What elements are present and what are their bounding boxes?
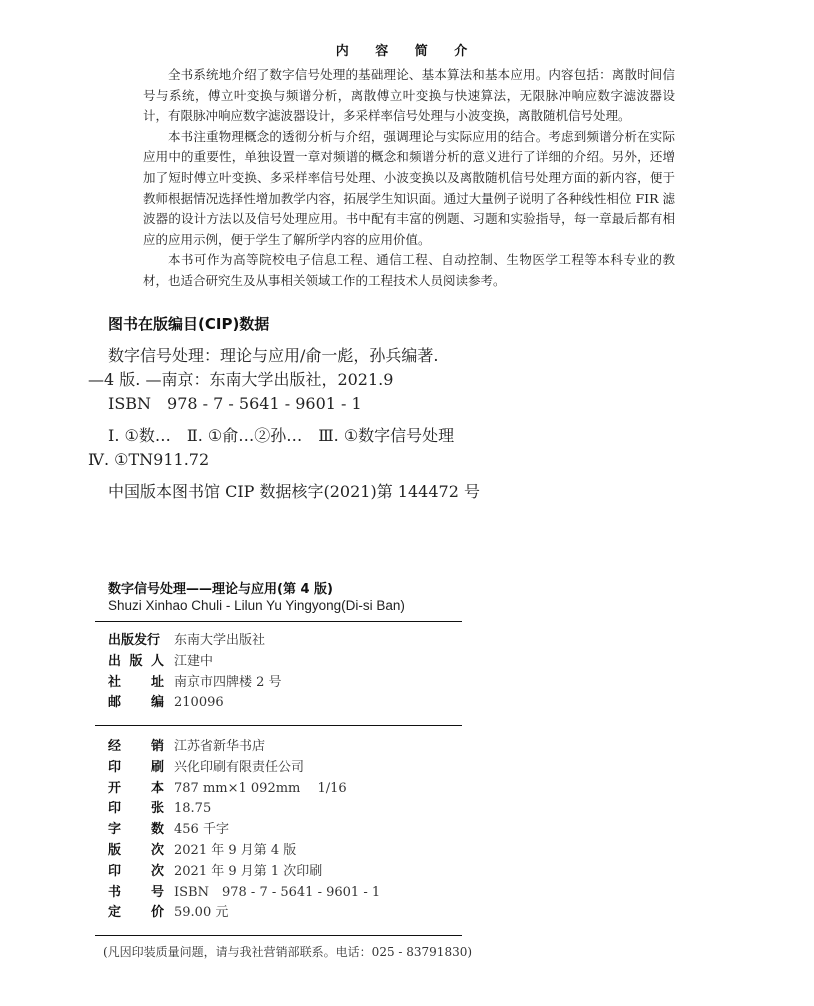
row-value: 兴化印刷有限责任公司 xyxy=(174,758,304,779)
cip-heading: 图书在版编目(CIP)数据 xyxy=(108,313,269,334)
cip-subject-line: Ⅰ. ①数… Ⅱ. ①俞…②孙… Ⅲ. ①数字信号处理 xyxy=(108,424,480,448)
row-key: 社址 xyxy=(108,673,174,694)
row-value: 18.75 xyxy=(174,799,211,820)
divider xyxy=(95,935,462,936)
cip-number-line: 中国版本图书馆 CIP 数据核字(2021)第 144472 号 xyxy=(108,480,480,504)
row-value: 南京市四牌楼 2 号 xyxy=(174,673,282,694)
intro-body: 全书系统地介绍了数字信号处理的基础理论、基本算法和基本应用。内容包括：离散时间信… xyxy=(143,65,675,292)
print-block: 经销 江苏省新华书店 印刷 兴化印刷有限责任公司 开本 787 mm×1 092… xyxy=(108,737,380,924)
cip-record: 数字信号处理：理论与应用/俞一彪，孙兵编著. —4 版. —南京：东南大学出版社… xyxy=(108,344,480,504)
book-title: 数字信号处理——理论与应用(第 4 版) xyxy=(108,578,333,597)
colophon-row-format: 开本 787 mm×1 092mm 1/16 xyxy=(108,779,380,800)
row-key: 印次 xyxy=(108,862,174,883)
intro-paragraph: 本书可作为高等院校电子信息工程、通信工程、自动控制、生物医学工程等本科专业的教材… xyxy=(143,250,675,291)
row-key: 邮编 xyxy=(108,693,174,714)
publisher-block: 出版发行 东南大学出版社 出版人 江建中 社址 南京市四牌楼 2 号 邮编 21… xyxy=(108,631,282,714)
row-value: 东南大学出版社 xyxy=(174,631,265,652)
spacer xyxy=(108,472,480,480)
intro-paragraph: 全书系统地介绍了数字信号处理的基础理论、基本算法和基本应用。内容包括：离散时间信… xyxy=(143,65,675,127)
cip-classification-line: Ⅳ. ①TN911.72 xyxy=(88,448,480,472)
row-key: 字数 xyxy=(108,820,174,841)
colophon-row-edition: 版次 2021 年 9 月第 4 版 xyxy=(108,841,380,862)
colophon-row-postcode: 邮编 210096 xyxy=(108,693,282,714)
book-pinyin-title: Shuzi Xinhao Chuli - Lilun Yu Yingyong(D… xyxy=(108,598,405,613)
row-value: 2021 年 9 月第 4 版 xyxy=(174,841,296,862)
row-key: 开本 xyxy=(108,779,174,800)
divider xyxy=(95,621,462,622)
row-key: 书号 xyxy=(108,883,174,904)
colophon-row-publisher-person: 出版人 江建中 xyxy=(108,652,282,673)
row-value: ISBN 978 - 7 - 5641 - 9601 - 1 xyxy=(174,883,380,904)
row-value: 59.00 元 xyxy=(174,903,228,924)
colophon-row-isbn: 书号 ISBN 978 - 7 - 5641 - 9601 - 1 xyxy=(108,883,380,904)
colophon-row-distributor: 经销 江苏省新华书店 xyxy=(108,737,380,758)
spacer xyxy=(108,416,480,424)
intro-title: 内 容 简 介 xyxy=(0,40,814,59)
row-key: 版次 xyxy=(108,841,174,862)
cip-title-line: 数字信号处理：理论与应用/俞一彪，孙兵编著. xyxy=(108,344,480,368)
row-value: 2021 年 9 月第 1 次印刷 xyxy=(174,862,322,883)
colophon-row-publisher: 出版发行 东南大学出版社 xyxy=(108,631,282,652)
row-value: 江建中 xyxy=(174,652,213,673)
intro-paragraph: 本书注重物理概念的透彻分析与介绍，强调理论与实际应用的结合。考虑到频谱分析在实际… xyxy=(143,127,675,251)
row-key: 印张 xyxy=(108,799,174,820)
colophon-row-sheets: 印张 18.75 xyxy=(108,799,380,820)
row-value: 787 mm×1 092mm 1/16 xyxy=(174,779,347,800)
row-key: 定价 xyxy=(108,903,174,924)
row-key: 出版发行 xyxy=(108,631,174,652)
cip-isbn-line: ISBN 978 - 7 - 5641 - 9601 - 1 xyxy=(108,392,480,416)
colophon-row-word-count: 字数 456 千字 xyxy=(108,820,380,841)
colophon-row-printing: 印次 2021 年 9 月第 1 次印刷 xyxy=(108,862,380,883)
row-key: 出版人 xyxy=(108,652,174,673)
cip-edition-line: —4 版. —南京：东南大学出版社，2021.9 xyxy=(88,368,480,392)
row-value: 456 千字 xyxy=(174,820,229,841)
quality-note: (凡因印装质量问题，请与我社营销部联系。电话：025 - 83791830) xyxy=(103,943,472,960)
row-key: 印刷 xyxy=(108,758,174,779)
row-value: 江苏省新华书店 xyxy=(174,737,265,758)
row-value: 210096 xyxy=(174,693,224,714)
colophon-row-printer: 印刷 兴化印刷有限责任公司 xyxy=(108,758,380,779)
divider xyxy=(95,725,462,726)
colophon-row-address: 社址 南京市四牌楼 2 号 xyxy=(108,673,282,694)
row-key: 经销 xyxy=(108,737,174,758)
colophon-row-price: 定价 59.00 元 xyxy=(108,903,380,924)
